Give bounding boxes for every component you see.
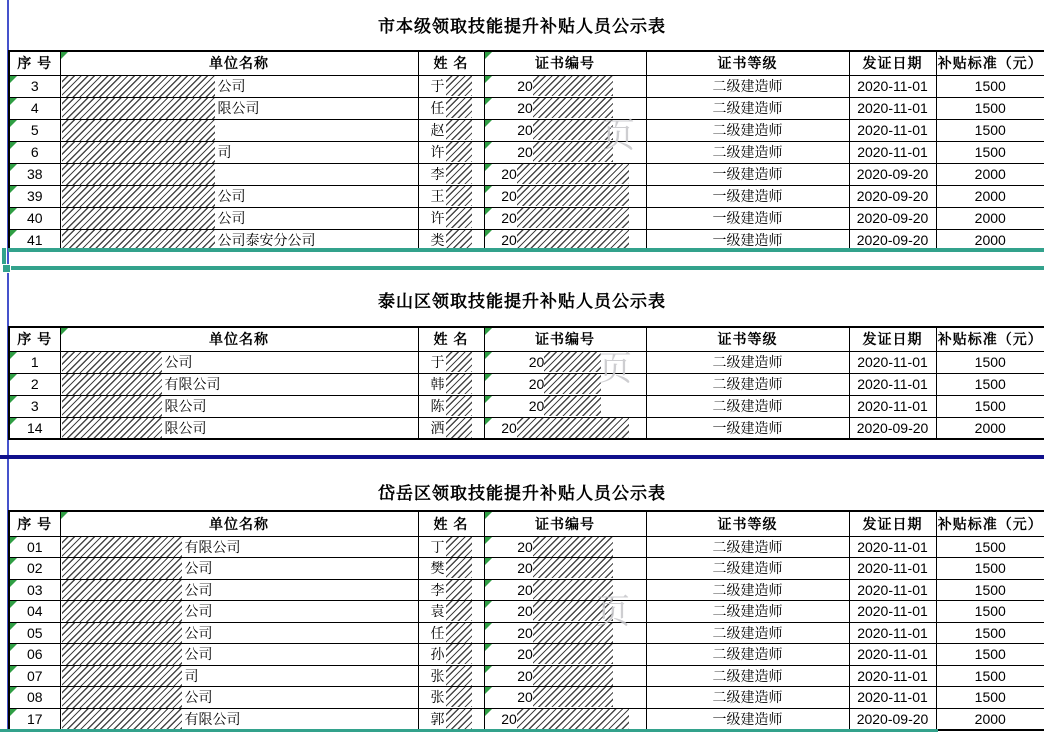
company-cell[interactable]: 有限公司: [60, 536, 418, 558]
company-cell[interactable]: 公司: [60, 622, 418, 644]
name-content: 李: [419, 164, 484, 184]
name-cell[interactable]: 郭: [418, 708, 484, 730]
seq-cell[interactable]: 14: [9, 417, 60, 439]
company-cell[interactable]: 公司: [60, 75, 418, 97]
redaction-hatch: [517, 186, 629, 206]
redaction-hatch: [544, 352, 601, 372]
redaction-hatch: [446, 396, 472, 416]
header-name[interactable]: 姓 名: [418, 51, 484, 75]
level-cell[interactable]: 二级建造师: [646, 75, 849, 97]
company-cell[interactable]: [60, 119, 418, 141]
name-content: 洒: [419, 418, 484, 438]
cert-content: 20: [485, 580, 646, 600]
redaction-hatch: [517, 709, 629, 729]
redaction-hatch: [62, 164, 215, 185]
name-text: 王: [431, 186, 445, 206]
date-cell[interactable]: 2020-11-01: [849, 687, 936, 709]
date-cell[interactable]: 2020-11-01: [849, 141, 936, 163]
name-cell[interactable]: 李: [418, 579, 484, 601]
redaction-hatch: [62, 558, 182, 579]
header-amount[interactable]: 补贴标准（元）: [936, 327, 1044, 351]
redaction-hatch: [533, 666, 613, 686]
amount-cell[interactable]: 2000: [936, 163, 1044, 185]
subsidy-table-daiyue: 序 号单位名称姓 名证书编号证书等级发证日期补贴标准（元）01有限公司丁20二级…: [8, 510, 1044, 731]
cert-text: 20: [517, 122, 533, 138]
header-company[interactable]: 单位名称: [60, 511, 418, 536]
date-cell[interactable]: 2020-09-20: [849, 185, 936, 207]
company-cell[interactable]: 公司: [60, 558, 418, 580]
amount-cell[interactable]: 1500: [936, 665, 1044, 687]
redaction-hatch: [517, 230, 629, 250]
seq-cell[interactable]: 17: [9, 708, 60, 730]
header-amount[interactable]: 补贴标准（元）: [936, 511, 1044, 536]
redaction-hatch: [62, 601, 182, 622]
table-row: 3公司于20二级建造师2020-11-011500: [9, 75, 1044, 97]
cert-cell[interactable]: 20: [484, 97, 646, 119]
header-company[interactable]: 单位名称: [60, 327, 418, 351]
company-cell[interactable]: 公司: [60, 185, 418, 207]
cert-text: 20: [517, 603, 533, 619]
date-cell[interactable]: 2020-11-01: [849, 558, 936, 580]
company-cell[interactable]: 限公司: [60, 97, 418, 119]
cert-cell[interactable]: 20: [484, 119, 646, 141]
cert-content: 20: [485, 374, 646, 394]
redaction-hatch: [62, 666, 182, 687]
amount-cell[interactable]: 1500: [936, 395, 1044, 417]
cert-cell[interactable]: 20: [484, 395, 646, 417]
redaction-hatch: [533, 120, 613, 140]
seq-cell[interactable]: 39: [9, 185, 60, 207]
date-cell[interactable]: 2020-09-20: [849, 207, 936, 229]
cert-text: 20: [517, 582, 533, 598]
name-cell[interactable]: 任: [418, 622, 484, 644]
name-content: 孙: [419, 644, 484, 664]
name-content: 李: [419, 580, 484, 600]
redaction-hatch: [446, 230, 472, 250]
seq-cell[interactable]: 07: [9, 665, 60, 687]
name-text: 赵: [431, 120, 445, 140]
seq-cell[interactable]: 5: [9, 119, 60, 141]
redaction-hatch: [62, 418, 162, 439]
date-cell[interactable]: 2020-11-01: [849, 395, 936, 417]
redaction-hatch: [62, 186, 215, 207]
date-cell[interactable]: 2020-11-01: [849, 119, 936, 141]
seq-cell[interactable]: 4: [9, 97, 60, 119]
name-text: 陈: [431, 396, 445, 416]
date-cell[interactable]: 2020-11-01: [849, 75, 936, 97]
seq-cell[interactable]: 6: [9, 141, 60, 163]
header-cert[interactable]: 证书编号: [484, 511, 646, 536]
header-name[interactable]: 姓 名: [418, 511, 484, 536]
selection-border-bottom: [8, 266, 1044, 270]
name-content: 许: [419, 208, 484, 228]
table-row: 1公司于20二级建造师2020-11-011500: [9, 351, 1044, 373]
level-cell[interactable]: 二级建造师: [646, 558, 849, 580]
table-row: 14限公司洒20一级建造师2020-09-202000: [9, 417, 1044, 439]
table-row: 38李20一级建造师2020-09-202000: [9, 163, 1044, 185]
header-cert[interactable]: 证书编号: [484, 51, 646, 75]
header-seq[interactable]: 序 号: [9, 511, 60, 536]
name-cell[interactable]: 韩: [418, 373, 484, 395]
cert-text: 20: [501, 166, 517, 182]
amount-cell[interactable]: 1500: [936, 97, 1044, 119]
cert-content: 20: [485, 230, 646, 250]
cert-text: 20: [529, 376, 545, 392]
redaction-hatch: [446, 142, 472, 162]
seq-cell[interactable]: 03: [9, 579, 60, 601]
name-text: 类: [431, 230, 445, 250]
name-text: 张: [431, 687, 445, 707]
cert-content: 20: [485, 558, 646, 578]
level-cell[interactable]: 二级建造师: [646, 141, 849, 163]
level-cell[interactable]: 二级建造师: [646, 579, 849, 601]
redaction-hatch: [62, 580, 182, 601]
level-cell[interactable]: 一级建造师: [646, 417, 849, 439]
seq-cell[interactable]: 1: [9, 351, 60, 373]
seq-cell[interactable]: 3: [9, 75, 60, 97]
redaction-hatch: [517, 208, 629, 228]
date-cell[interactable]: 2020-11-01: [849, 351, 936, 373]
name-cell[interactable]: 陈: [418, 395, 484, 417]
seq-cell[interactable]: 2: [9, 373, 60, 395]
cert-cell[interactable]: 20: [484, 622, 646, 644]
seq-cell[interactable]: 08: [9, 687, 60, 709]
name-cell[interactable]: 任: [418, 97, 484, 119]
cert-content: 20: [485, 208, 646, 228]
selection-border-top: [8, 248, 1044, 252]
header-amount[interactable]: 补贴标准（元）: [936, 51, 1044, 75]
redaction-hatch: [446, 98, 472, 118]
date-cell[interactable]: 2020-11-01: [849, 644, 936, 666]
cert-cell[interactable]: 20: [484, 558, 646, 580]
amount-cell[interactable]: 1500: [936, 75, 1044, 97]
name-content: 王: [419, 186, 484, 206]
amount-cell[interactable]: 1500: [936, 373, 1044, 395]
name-text: 袁: [431, 601, 445, 621]
cert-text: 20: [517, 539, 533, 555]
cert-content: 20: [485, 537, 646, 557]
header-level[interactable]: 证书等级: [646, 511, 849, 536]
redaction-hatch: [533, 644, 613, 664]
amount-cell[interactable]: 1500: [936, 579, 1044, 601]
name-text: 任: [431, 623, 445, 643]
name-content: 张: [419, 666, 484, 686]
amount-cell[interactable]: 1500: [936, 351, 1044, 373]
cert-cell[interactable]: 20: [484, 687, 646, 709]
redaction-hatch: [544, 396, 601, 416]
level-cell[interactable]: 一级建造师: [646, 163, 849, 185]
level-cell[interactable]: 二级建造师: [646, 601, 849, 623]
company-cell[interactable]: 司: [60, 141, 418, 163]
level-cell[interactable]: 二级建造师: [646, 373, 849, 395]
cert-cell[interactable]: 20: [484, 601, 646, 623]
name-content: 丁: [419, 537, 484, 557]
date-cell[interactable]: 2020-11-01: [849, 665, 936, 687]
level-cell[interactable]: 二级建造师: [646, 395, 849, 417]
table-row: 02公司樊20二级建造师2020-11-011500: [9, 558, 1044, 580]
subsidy-table-city: 序 号单位名称姓 名证书编号证书等级发证日期补贴标准（元）3公司于20二级建造师…: [8, 50, 1044, 252]
table-row: 01有限公司丁20二级建造师2020-11-011500: [9, 536, 1044, 558]
redaction-hatch: [446, 208, 472, 228]
level-cell[interactable]: 二级建造师: [646, 644, 849, 666]
cert-cell[interactable]: 20: [484, 207, 646, 229]
name-cell[interactable]: 许: [418, 207, 484, 229]
date-cell[interactable]: 2020-11-01: [849, 536, 936, 558]
redaction-hatch: [62, 208, 215, 229]
company-cell[interactable]: 公司: [60, 601, 418, 623]
company-cell[interactable]: 有限公司: [60, 708, 418, 730]
name-cell[interactable]: 赵: [418, 119, 484, 141]
redaction-hatch: [62, 623, 182, 644]
cert-text: 20: [501, 420, 517, 436]
name-cell[interactable]: 许: [418, 141, 484, 163]
name-cell[interactable]: 于: [418, 351, 484, 373]
header-cert[interactable]: 证书编号: [484, 327, 646, 351]
cert-content: 20: [485, 644, 646, 664]
redaction-hatch: [446, 374, 472, 394]
cert-text: 20: [517, 144, 533, 160]
level-cell[interactable]: 二级建造师: [646, 687, 849, 709]
amount-cell[interactable]: 2000: [936, 185, 1044, 207]
date-cell[interactable]: 2020-11-01: [849, 373, 936, 395]
table-title-taishan[interactable]: 泰山区领取技能提升补贴人员公示表: [0, 287, 1044, 312]
cert-content: 20: [485, 418, 646, 438]
redaction-hatch: [62, 98, 215, 119]
table-title-city[interactable]: 市本级领取技能提升补贴人员公示表: [0, 12, 1044, 37]
cert-text: 20: [517, 78, 533, 94]
name-content: 许: [419, 142, 484, 162]
name-cell[interactable]: 于: [418, 75, 484, 97]
amount-cell[interactable]: 1500: [936, 622, 1044, 644]
cert-text: 20: [517, 100, 533, 116]
table-title-daiyue[interactable]: 岱岳区领取技能提升补贴人员公示表: [0, 479, 1044, 504]
name-text: 张: [431, 666, 445, 686]
cert-content: 20: [485, 601, 646, 621]
cert-cell[interactable]: 20: [484, 75, 646, 97]
cert-cell[interactable]: 20: [484, 141, 646, 163]
amount-cell[interactable]: 1500: [936, 687, 1044, 709]
redaction-hatch: [446, 418, 472, 438]
name-cell[interactable]: 洒: [418, 417, 484, 439]
selection-handle[interactable]: [2, 264, 11, 273]
name-text: 洒: [431, 418, 445, 438]
cert-cell[interactable]: 20: [484, 185, 646, 207]
cert-cell[interactable]: 20: [484, 579, 646, 601]
redaction-hatch: [533, 76, 613, 96]
date-cell[interactable]: 2020-11-01: [849, 601, 936, 623]
name-text: 韩: [431, 374, 445, 394]
seq-cell[interactable]: 05: [9, 622, 60, 644]
header-date[interactable]: 发证日期: [849, 327, 936, 351]
date-cell[interactable]: 2020-09-20: [849, 163, 936, 185]
redaction-hatch: [446, 537, 472, 557]
date-cell[interactable]: 2020-11-01: [849, 579, 936, 601]
header-row: 序 号单位名称姓 名证书编号证书等级发证日期补贴标准（元）: [9, 511, 1044, 536]
amount-cell[interactable]: 1500: [936, 601, 1044, 623]
cert-content: 20: [485, 709, 646, 729]
table-row: 08公司张20二级建造师2020-11-011500: [9, 687, 1044, 709]
table-row: 40公司许20一级建造师2020-09-202000: [9, 207, 1044, 229]
level-cell[interactable]: 二级建造师: [646, 97, 849, 119]
cert-text: 20: [517, 646, 533, 662]
redaction-hatch: [62, 142, 215, 163]
redaction-hatch: [533, 601, 613, 621]
amount-cell[interactable]: 2000: [936, 207, 1044, 229]
cert-content: 20: [485, 687, 646, 707]
level-cell[interactable]: 一级建造师: [646, 708, 849, 730]
name-text: 许: [431, 142, 445, 162]
table-row: 17有限公司郭20一级建造师2020-09-202000: [9, 708, 1044, 730]
company-cell[interactable]: [60, 163, 418, 185]
cert-text: 20: [529, 354, 545, 370]
amount-cell[interactable]: 1500: [936, 558, 1044, 580]
header-level[interactable]: 证书等级: [646, 327, 849, 351]
amount-cell[interactable]: 2000: [936, 708, 1044, 730]
cert-text: 20: [517, 560, 533, 576]
redaction-hatch: [446, 580, 472, 600]
date-cell[interactable]: 2020-11-01: [849, 622, 936, 644]
company-cell[interactable]: 公司: [60, 351, 418, 373]
name-cell[interactable]: 袁: [418, 601, 484, 623]
level-cell[interactable]: 二级建造师: [646, 119, 849, 141]
section-divider-line: [0, 455, 1044, 459]
seq-cell[interactable]: 40: [9, 207, 60, 229]
redaction-hatch: [62, 352, 162, 373]
cert-cell[interactable]: 20: [484, 536, 646, 558]
cert-text: 20: [517, 689, 533, 705]
seq-cell[interactable]: 3: [9, 395, 60, 417]
company-cell[interactable]: 公司: [60, 579, 418, 601]
amount-cell[interactable]: 1500: [936, 536, 1044, 558]
header-name[interactable]: 姓 名: [418, 327, 484, 351]
table-row: 03公司李20二级建造师2020-11-011500: [9, 579, 1044, 601]
name-cell[interactable]: 王: [418, 185, 484, 207]
name-cell[interactable]: 张: [418, 665, 484, 687]
cert-cell[interactable]: 20: [484, 373, 646, 395]
seq-cell[interactable]: 06: [9, 644, 60, 666]
redaction-hatch: [62, 396, 162, 417]
header-row: 序 号单位名称姓 名证书编号证书等级发证日期补贴标准（元）: [9, 51, 1044, 75]
name-text: 樊: [431, 558, 445, 578]
subsidy-table-taishan: 序 号单位名称姓 名证书编号证书等级发证日期补贴标准（元）1公司于20二级建造师…: [8, 326, 1044, 440]
name-text: 李: [431, 580, 445, 600]
cert-text: 20: [529, 398, 545, 414]
redaction-hatch: [446, 120, 472, 140]
header-seq[interactable]: 序 号: [9, 51, 60, 75]
name-content: 张: [419, 687, 484, 707]
cert-content: 20: [485, 76, 646, 96]
redaction-hatch: [533, 558, 613, 578]
cert-cell[interactable]: 20: [484, 417, 646, 439]
redaction-hatch: [533, 687, 613, 707]
seq-cell[interactable]: 01: [9, 536, 60, 558]
redaction-hatch: [446, 644, 472, 664]
amount-cell[interactable]: 1500: [936, 644, 1044, 666]
cert-content: 20: [485, 98, 646, 118]
level-cell[interactable]: 二级建造师: [646, 351, 849, 373]
name-cell[interactable]: 张: [418, 687, 484, 709]
level-cell[interactable]: 二级建造师: [646, 536, 849, 558]
redaction-hatch: [62, 687, 182, 708]
level-cell[interactable]: 一级建造师: [646, 185, 849, 207]
redaction-hatch: [62, 374, 162, 395]
date-cell[interactable]: 2020-09-20: [849, 417, 936, 439]
redaction-hatch: [62, 709, 182, 729]
table-row: 07司张20二级建造师2020-11-011500: [9, 665, 1044, 687]
name-cell[interactable]: 丁: [418, 536, 484, 558]
redaction-hatch: [446, 352, 472, 372]
redaction-hatch: [446, 76, 472, 96]
company-cell[interactable]: 限公司: [60, 395, 418, 417]
name-cell[interactable]: 孙: [418, 644, 484, 666]
date-cell[interactable]: 2020-09-20: [849, 708, 936, 730]
name-content: 任: [419, 98, 484, 118]
header-date[interactable]: 发证日期: [849, 51, 936, 75]
cert-cell[interactable]: 20: [484, 163, 646, 185]
cert-cell[interactable]: 20: [484, 644, 646, 666]
name-text: 孙: [431, 644, 445, 664]
seq-cell[interactable]: 02: [9, 558, 60, 580]
name-text: 李: [431, 164, 445, 184]
redaction-hatch: [533, 142, 613, 162]
cert-content: 20: [485, 352, 646, 372]
header-company[interactable]: 单位名称: [60, 51, 418, 75]
level-cell[interactable]: 二级建造师: [646, 665, 849, 687]
redaction-hatch: [517, 418, 629, 438]
name-cell[interactable]: 樊: [418, 558, 484, 580]
redaction-hatch: [446, 687, 472, 707]
company-cell[interactable]: 公司: [60, 207, 418, 229]
header-date[interactable]: 发证日期: [849, 511, 936, 536]
cert-text: 20: [517, 668, 533, 684]
table-row: 39公司王20一级建造师2020-09-202000: [9, 185, 1044, 207]
table-row: 05公司任20二级建造师2020-11-011500: [9, 622, 1044, 644]
company-cell[interactable]: 有限公司: [60, 373, 418, 395]
name-content: 于: [419, 352, 484, 372]
company-cell[interactable]: 司: [60, 665, 418, 687]
header-seq[interactable]: 序 号: [9, 327, 60, 351]
level-cell[interactable]: 二级建造师: [646, 622, 849, 644]
cert-cell[interactable]: 20: [484, 665, 646, 687]
date-cell[interactable]: 2020-11-01: [849, 97, 936, 119]
cert-content: 20: [485, 396, 646, 416]
redaction-hatch: [62, 76, 215, 97]
cert-text: 20: [501, 232, 517, 248]
level-cell[interactable]: 一级建造师: [646, 207, 849, 229]
seq-cell[interactable]: 38: [9, 163, 60, 185]
name-cell[interactable]: 李: [418, 163, 484, 185]
name-text: 于: [431, 352, 445, 372]
company-cell[interactable]: 公司: [60, 644, 418, 666]
amount-cell[interactable]: 1500: [936, 141, 1044, 163]
redaction-hatch: [446, 666, 472, 686]
company-cell[interactable]: 公司: [60, 687, 418, 709]
name-content: 类: [419, 230, 484, 250]
name-content: 于: [419, 76, 484, 96]
redaction-hatch: [517, 164, 629, 184]
redaction-hatch: [533, 580, 613, 600]
amount-cell[interactable]: 2000: [936, 417, 1044, 439]
redaction-hatch: [446, 709, 472, 729]
company-cell[interactable]: 限公司: [60, 417, 418, 439]
cert-cell[interactable]: 20: [484, 351, 646, 373]
seq-cell[interactable]: 04: [9, 601, 60, 623]
redaction-hatch: [446, 558, 472, 578]
header-level[interactable]: 证书等级: [646, 51, 849, 75]
name-text: 任: [431, 98, 445, 118]
amount-cell[interactable]: 1500: [936, 119, 1044, 141]
cert-cell[interactable]: 20: [484, 708, 646, 730]
